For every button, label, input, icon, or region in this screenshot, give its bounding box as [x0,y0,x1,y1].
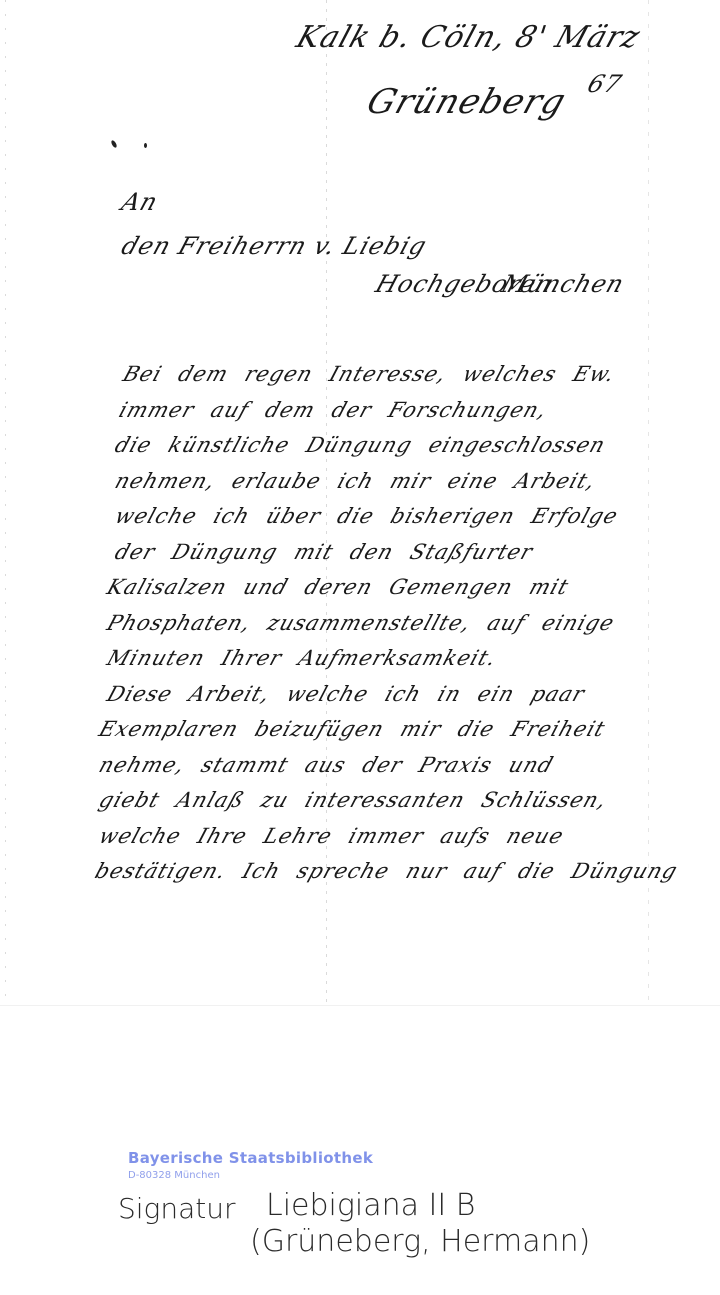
letter-year: 67 [584,70,626,98]
scanned-letter-page: Kalk b. Cöln, 8' März 67 Grüneberg An de… [0,0,720,1295]
letter-body-line: Kalisalzen und deren Gemengen mit [104,575,572,599]
letter-body-line: Minuten Ihrer Aufmerksamkeit. [104,646,500,670]
call-number-author: (Grüneberg, Hermann) [250,1224,590,1259]
letter-body-line: Bei dem regen Interesse, welches Ew. [120,362,618,386]
ink-mark [144,143,147,148]
letter-body-line: welche Ihre Lehre immer aufs neue [96,824,567,848]
paper-edge-bottom [0,1005,720,1006]
call-number-label: Signatur [118,1192,236,1225]
letter-body-line: welche ich über die bisherigen Erfolge [112,504,621,528]
paper-fold-line [326,0,327,1005]
ink-mark [110,140,117,149]
letter-body-line: giebt Anlaß zu interessanten Schlüssen, [96,788,610,812]
letter-sender: Grüneberg [362,82,571,122]
paper-edge-right [648,0,649,1005]
call-number-value: Liebigiana II B [266,1188,475,1223]
letter-body-line: immer auf dem der Forschungen, [116,398,550,422]
letter-body-line: bestätigen. Ich spreche nur auf die Düng… [92,859,681,883]
library-stamp-name: Bayerische Staatsbibliothek [128,1149,373,1167]
address-line-1: An [118,188,162,216]
letter-body-line: nehmen, erlaube ich mir eine Arbeit, [112,469,599,493]
address-line-2: den Freiherrn v. Liebig [118,232,431,260]
letter-body-line: Exemplaren beizufügen mir die Freiheit [96,717,609,741]
letter-body-line: die künstliche Düngung eingeschlossen [112,433,609,457]
paper-edge-left [5,0,6,1005]
letter-body-line: der Düngung mit den Staßfurter [112,540,536,564]
letter-body-line: Diese Arbeit, welche ich in ein paar [104,682,588,706]
letter-place-date: Kalk b. Cöln, 8' März [292,20,645,55]
letter-body-line: Phosphaten, zusammenstellte, auf einige [104,611,618,635]
letter-body-line: nehme, stammt aus der Praxis und [96,753,557,777]
library-stamp-address: D-80328 München [128,1170,220,1181]
address-line-4: München [498,270,628,298]
